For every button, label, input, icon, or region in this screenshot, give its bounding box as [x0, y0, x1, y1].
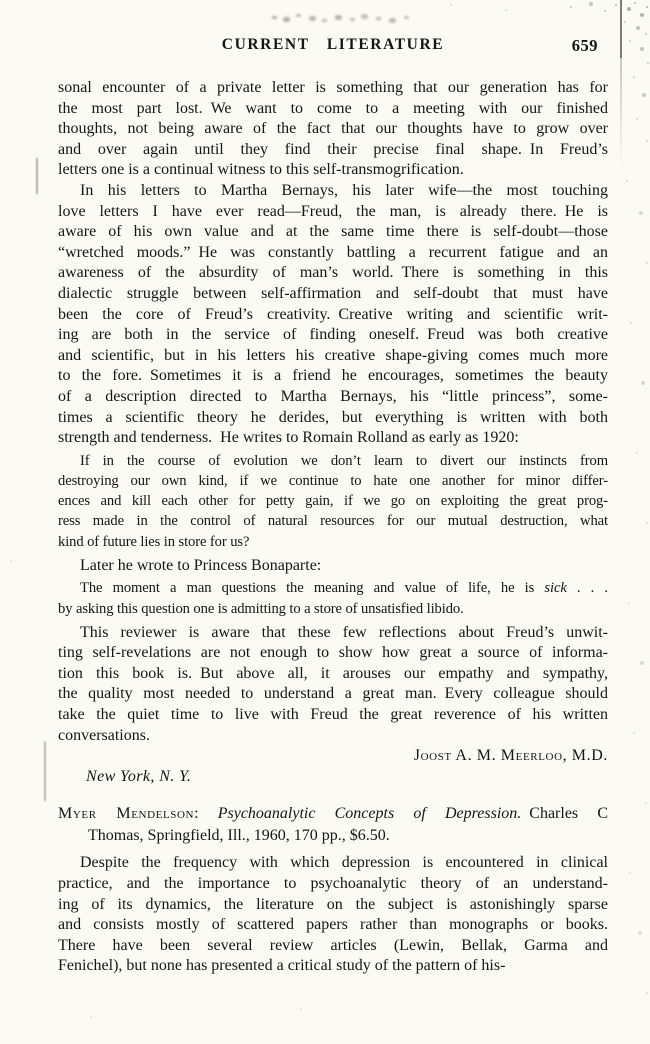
page-edge-shadow [620, 0, 622, 58]
text-line: and consists mostly of scattered papers … [58, 915, 608, 936]
page-number: 659 [572, 36, 598, 56]
text-line: tion this book is. But above all, it aro… [58, 664, 608, 685]
text-segment: sick [544, 580, 566, 596]
paragraph: sonal encounter of a private letter is s… [58, 78, 608, 181]
text-line: practice, and the importance to psychoan… [58, 874, 608, 895]
paragraph: In his letters to Martha Bernays, his la… [58, 181, 608, 449]
text-line: conversations. [58, 726, 608, 747]
text-line: Later he wrote to Princess Bonaparte: [58, 556, 608, 577]
text-line: This reviewer is aware that these few re… [58, 623, 608, 644]
text-segment: The moment a man questions the meaning a… [80, 580, 544, 596]
paragraph: This reviewer is aware that these few re… [58, 623, 608, 747]
text-line: Fenichel), but none has presented a crit… [58, 956, 608, 977]
text-line: destroying our own kind, if we continue … [58, 471, 608, 491]
text-segment: . . . [567, 580, 608, 596]
text-line: the quality most needed to understand a … [58, 684, 608, 705]
paragraph: Despite the frequency with which depress… [58, 853, 608, 977]
text-line: aware of his own value and at the same t… [58, 222, 608, 243]
margin-pen-mark [36, 158, 38, 194]
text-line: ences and kill each other for petty gain… [58, 491, 608, 511]
text-line: times a scientific theory he derides, bu… [58, 408, 608, 429]
text-line: Thomas, Springfield, Ill., 1960, 170 pp.… [58, 825, 608, 847]
section-title: CURRENT LITERATURE [58, 36, 608, 54]
text-line: awareness of the absurdity of man’s worl… [58, 263, 608, 284]
text-line: take the quiet time to live with Freud t… [58, 705, 608, 726]
reviewer-signature: Joost A. M. Meerloo, M.D. [58, 746, 608, 767]
text-line: letters one is a continual witness to th… [58, 160, 608, 181]
text-line: Myer Mendelson: Psychoanalytic Concepts … [58, 803, 608, 825]
ink-smudge [272, 16, 277, 19]
journal-page: CURRENT LITERATURE 659 sonal encounter o… [0, 0, 650, 1044]
text-line: Despite the frequency with which depress… [58, 853, 608, 874]
text-column: CURRENT LITERATURE 659 sonal encounter o… [58, 36, 608, 977]
block-quote: If in the course of evolution we don’t l… [58, 451, 608, 552]
text-line: ting self-revelations are not enough to … [58, 643, 608, 664]
running-header: CURRENT LITERATURE 659 [58, 36, 608, 58]
text-line: of a description directed to Martha Bern… [58, 387, 608, 408]
text-line: If in the course of evolution we don’t l… [58, 451, 608, 471]
text-line: ing are both in the service of finding o… [58, 325, 608, 346]
text-line: There have been several review articles … [58, 936, 608, 957]
text-segment: Charles C [521, 805, 608, 822]
review-citation: Myer Mendelson: Psychoanalytic Concepts … [58, 803, 608, 846]
block-quote: The moment a man questions the meaning a… [58, 578, 608, 618]
text-segment: : [194, 805, 218, 822]
text-line: kind of future lies in store for us? [58, 532, 608, 552]
text-line: strength and tenderness. He writes to Ro… [58, 428, 608, 449]
text-line: love letters I have ever read—Freud, the… [58, 202, 608, 223]
text-line: In his letters to Martha Bernays, his la… [58, 181, 608, 202]
text-line: thoughts, not being aware of the fact th… [58, 119, 608, 140]
text-line: sonal encounter of a private letter is s… [58, 78, 608, 99]
text-line: been the core of Freud’s creativity. Cre… [58, 305, 608, 326]
reviewer-name: Joost A. M. Meerloo, M.D. [414, 747, 608, 764]
text-line: to the fore. Sometimes it is a friend he… [58, 366, 608, 387]
text-line: and scientific, but in his letters his c… [58, 346, 608, 367]
scan-speckles-edge [0, 0, 2, 2]
text-segment: Psychoanalytic Concepts of Depression. [218, 805, 522, 822]
text-segment: Thomas, Springfield, Ill., 1960, 170 pp.… [88, 827, 390, 844]
margin-pen-mark [44, 741, 46, 801]
text-line: “wretched moods.” He was constantly batt… [58, 243, 608, 264]
text-line: dialectic struggle between self-affirmat… [58, 284, 608, 305]
reviewer-location: New York, N. Y. [58, 767, 608, 788]
text-line: ing of its dynamics, the literature on t… [58, 895, 608, 916]
text-line: the most part lost. We want to come to a… [58, 99, 608, 120]
text-line: by asking this question one is admitting… [58, 599, 608, 619]
body-text: sonal encounter of a private letter is s… [58, 78, 608, 977]
text-line: The moment a man questions the meaning a… [58, 578, 608, 598]
text-segment: Myer Mendelson [58, 805, 194, 822]
paragraph: Later he wrote to Princess Bonaparte: [58, 556, 608, 577]
text-line: ress made in the control of natural reso… [58, 511, 608, 531]
text-line: and over again until they find their pre… [58, 140, 608, 161]
